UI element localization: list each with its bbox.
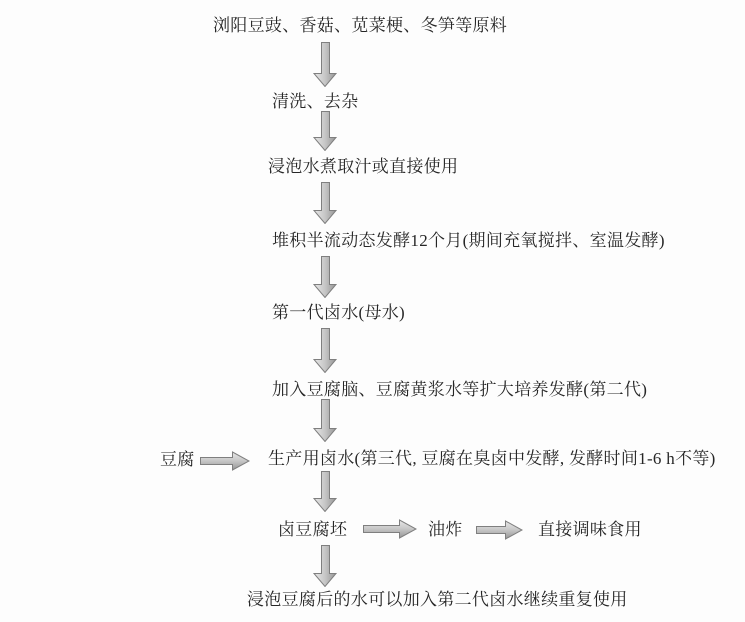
arrow-right-icon	[200, 451, 250, 471]
node-raw-materials: 浏阳豆豉、香菇、苋菜梗、冬笋等原料	[213, 16, 507, 35]
arrow-right-icon	[363, 519, 417, 539]
arrow-down-icon	[312, 42, 338, 87]
arrow-down-icon	[312, 256, 338, 298]
node-brined-tofu-blank: 卤豆腐坯	[278, 520, 347, 539]
arrow-down-icon	[312, 399, 338, 442]
node-soaking: 浸泡水煮取汁或直接使用	[268, 157, 458, 176]
node-cleaning: 清洗、去杂	[272, 92, 359, 111]
flowchart-diagram: 浏阳豆豉、香菇、苋菜梗、冬笋等原料 清洗、去杂 浸泡水煮取汁或直接使用 堆积半流…	[0, 0, 745, 622]
node-expanded-cultivation: 加入豆腐脑、豆腐黄浆水等扩大培养发酵(第二代)	[272, 380, 647, 399]
node-seasoned-serving: 直接调味食用	[538, 520, 642, 539]
arrow-down-icon	[312, 182, 338, 224]
node-production-brine: 生产用卤水(第三代, 豆腐在臭卤中发酵, 发酵时间1-6 h不等)	[268, 449, 716, 468]
arrow-down-icon	[312, 545, 338, 587]
node-pile-fermentation: 堆积半流动态发酵12个月(期间充氧搅拌、室温发酵)	[272, 231, 665, 250]
node-reuse-note: 浸泡豆腐后的水可以加入第二代卤水继续重复使用	[247, 590, 628, 609]
node-tofu: 豆腐	[160, 450, 195, 469]
node-deep-frying: 油炸	[428, 520, 463, 539]
arrow-right-icon	[476, 520, 523, 540]
arrow-down-icon	[312, 471, 338, 512]
arrow-down-icon	[312, 111, 338, 151]
arrow-down-icon	[312, 328, 338, 373]
node-first-generation-brine: 第一代卤水(母水)	[272, 303, 405, 322]
